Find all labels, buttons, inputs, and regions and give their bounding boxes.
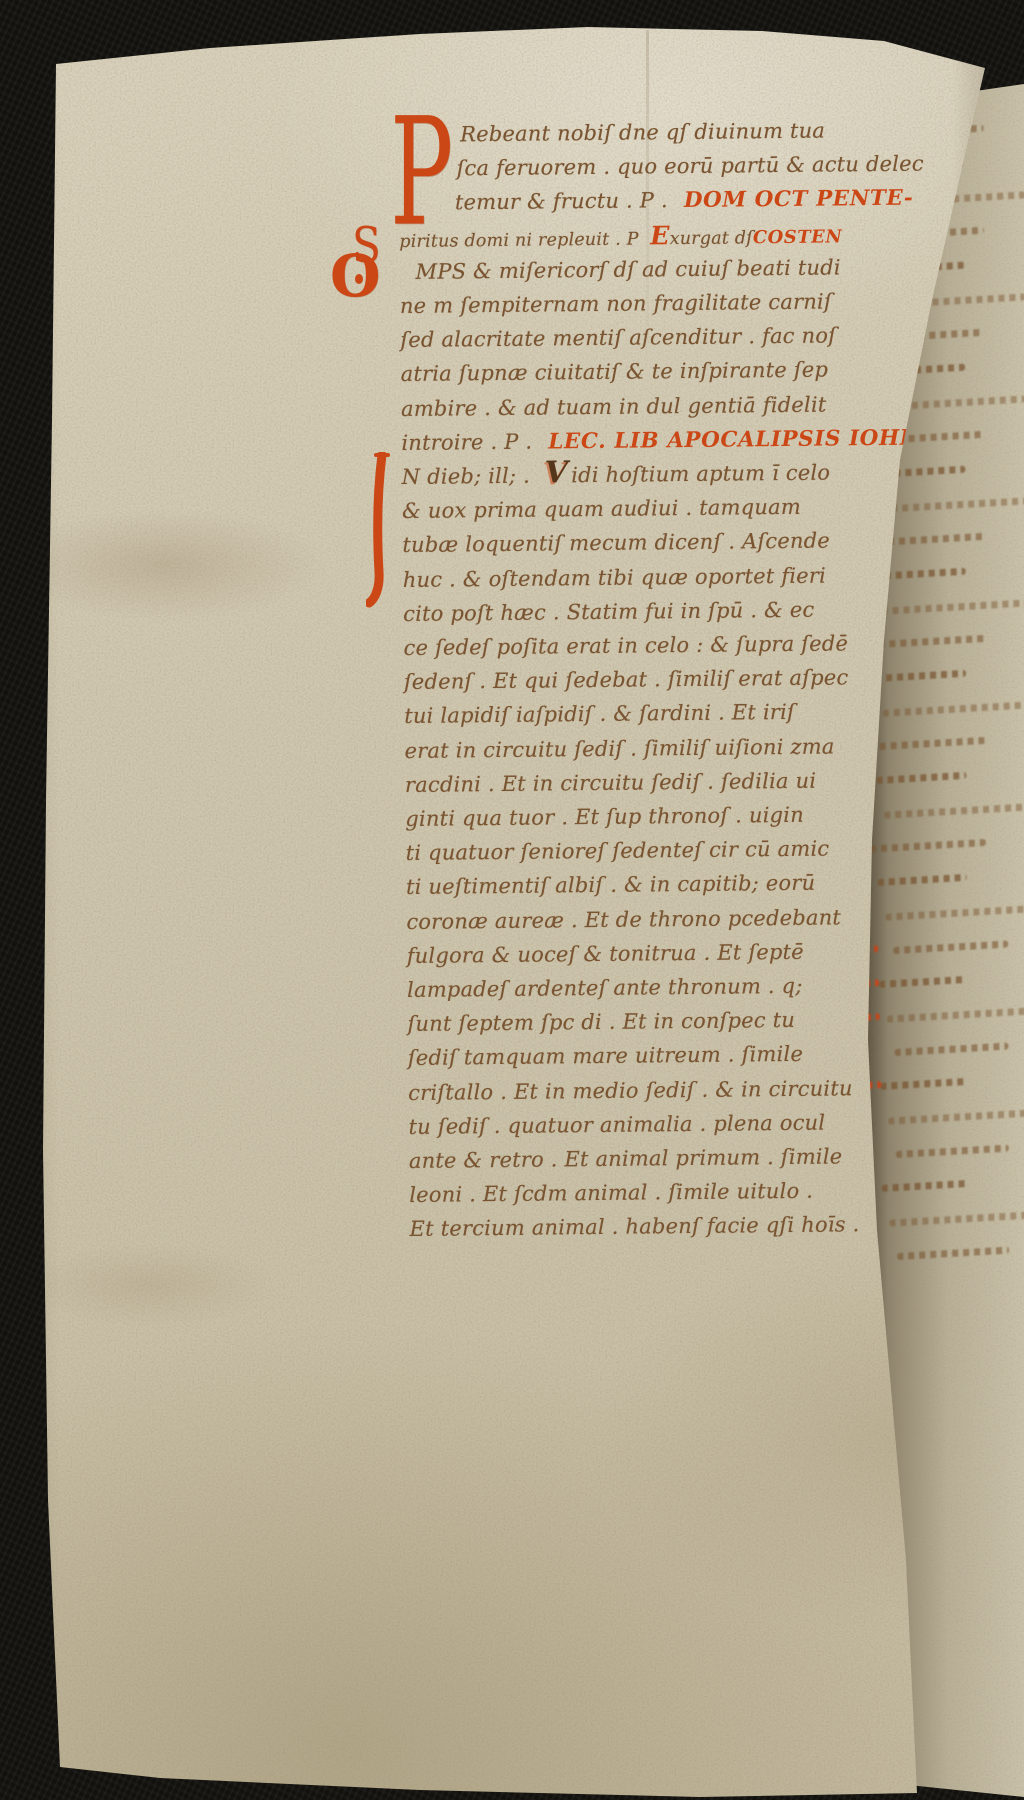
latin-text: ſunt ſeptem ſpc di . Et in conſpec tu [407, 1005, 795, 1039]
blurred-text-line [897, 1247, 1009, 1260]
latin-text: MPS & miſericorſ dſ ad cuiuſ beati tudi [415, 252, 840, 286]
latin-text: huc . & oſtendam tibi quæ oportet fieri [403, 560, 826, 594]
drop-cap-p: P [390, 116, 453, 232]
text-line: piritus domi ni repleuit . P Exurgat dſC… [399, 218, 842, 257]
drop-cap-i [366, 452, 394, 612]
latin-text: ti ueſtimentiſ albiſ . & in capitib; eor… [406, 868, 816, 902]
text-line: leoni . Et ſcdm animal . ſimile uitulo . [409, 1176, 813, 1214]
text-line: cito poſt hæc . Statim fui in ſpū . & ec [403, 594, 815, 632]
latin-text: ſca feruorem . quo eorū partū & actu del… [456, 149, 924, 184]
blurred-text-line [879, 976, 967, 988]
text-line: ambire . & ad tuam in dul gentiā fidelit [401, 389, 827, 427]
text-line: temur & fructu . P . DOM OCT PENTE- [399, 183, 914, 222]
blurred-text-line [880, 1078, 967, 1090]
text-line: erat in circuitu ſediſ . ſimiliſ uiſioni… [404, 731, 834, 770]
text-line: ſediſ tamquam mare uitreum . ſimile [408, 1039, 804, 1077]
text-line: ſca feruorem . quo eorū partū & actu del… [398, 149, 924, 188]
blurred-text-line [896, 1145, 1009, 1159]
latin-text: atria ſupnæ ciuitatiſ & te inſpirante ſe… [401, 355, 829, 389]
latin-text: ti quatuor ſenioreſ ſedenteſ cir cū amic [406, 834, 830, 868]
blurred-text-line [875, 670, 966, 682]
blurred-text-line [887, 1008, 1024, 1023]
latin-text: fulgora & uoceſ & tonitrua . Et ſeptē [407, 937, 804, 971]
text-line: ſedenſ . Et qui ſedebat . ſimiliſ erat a… [404, 663, 849, 702]
text-line: lampadeſ ardenteſ ante thronum . q; [407, 971, 803, 1009]
latin-text: N dieb; ill; . [402, 460, 544, 491]
blurred-text-line [880, 497, 1024, 512]
latin-text: ante & retro . Et animal primum . ſimile [409, 1141, 843, 1176]
latin-text: ginti qua tuor . Et ſup thronoſ . uigin [405, 800, 804, 834]
text-line: Et tercium animal . habenſ facie qſi hoī… [409, 1210, 859, 1249]
latin-text: coronæ aureæ . Et de throno pcedebant [406, 902, 841, 937]
text-line: fulgora & uoceſ & tonitrua . Et ſeptē [407, 937, 804, 975]
latin-text: tubæ loquentiſ mecum dicenſ . Aſcende [402, 526, 830, 560]
text-line: tui lapidiſ iaſpidiſ . & ſardini . Et ir… [404, 697, 795, 735]
latin-text: ce ſedeſ poſita erat in celo : & ſupra ſ… [403, 628, 848, 663]
blurred-text-line [869, 737, 986, 751]
text-line: tubæ loquentiſ mecum dicenſ . Aſcende [402, 526, 830, 564]
latin-text: ambire . & ad tuam in dul gentiā fidelit [401, 389, 827, 423]
latin-text: introire . P . [401, 426, 532, 457]
blurred-text-line [895, 1043, 1009, 1057]
drop-cap-i-glyph [366, 452, 394, 608]
rubric-text: DOM OCT PENTE- [668, 184, 914, 217]
text-line: tu ſediſ . quatuor animalia . plena ocul [408, 1107, 825, 1145]
latin-text: lampadeſ ardenteſ ante thronum . q; [407, 971, 803, 1005]
latin-text: Et tercium animal . habenſ facie qſi hoī… [409, 1210, 859, 1245]
latin-text: Rebeant nobiſ dne qſ diuinum tua [460, 116, 825, 150]
latin-text: & uox prima quam audiui . tamquam [402, 492, 801, 526]
text-line: huc . & oſtendam tibi quæ oportet fieri [403, 560, 826, 598]
text-line: ante & retro . Et animal primum . ſimile [409, 1141, 843, 1180]
text-line: ſed alacritate mentiſ aſcenditur . fac n… [400, 321, 836, 360]
text-line: racdini . Et in circuitu ſediſ . ſedilia… [405, 765, 817, 803]
latin-text: ne m ſempiternam non fragilitate carniſ [400, 286, 832, 321]
rubric-text: COSTEN [753, 222, 843, 253]
manuscript-text: Rebeant nobiſ dne qſ diuinum tuaſca feru… [398, 115, 880, 1300]
text-line: ce ſedeſ poſita erat in celo : & ſupra ſ… [403, 628, 848, 667]
blurred-text-line [889, 1212, 1024, 1227]
text-line: coronæ aureæ . Et de throno pcedebant [406, 902, 841, 941]
text-line: N dieb; ill; . Vidi hoſtium aptum ī celo [402, 457, 831, 495]
blurred-text-line [888, 1110, 1024, 1125]
blurred-text-line [882, 1180, 968, 1192]
blurred-text-line [885, 906, 1024, 921]
blurred-text-line [870, 839, 986, 853]
blurred-text-line [893, 940, 1008, 954]
latin-text: ſed alacritate mentiſ aſcenditur . fac n… [400, 321, 836, 356]
latin-text: tui lapidiſ iaſpidiſ . & ſardini . Et ir… [404, 697, 795, 731]
latin-text: temur & fructu . P . [455, 186, 668, 218]
drop-cap-o-dot [355, 274, 363, 284]
latin-text: racdini . Et in circuitu ſediſ . ſedilia… [405, 765, 817, 799]
text-line: & uox prima quam audiui . tamquam [402, 492, 801, 530]
text-line: ti ueſtimentiſ albiſ . & in capitib; eor… [406, 868, 816, 906]
blurred-text-line [882, 599, 1024, 614]
text-line: ſunt ſeptem ſpc di . Et in conſpec tu [407, 1005, 795, 1043]
blurred-text-line [876, 772, 966, 784]
manuscript-page: P S O Rebeant nobiſ dne qſ diuinum tuaſc… [0, 0, 1024, 1800]
blurred-text-line [878, 874, 967, 886]
latin-text: leoni . Et ſcdm animal . ſimile uitulo . [409, 1176, 813, 1210]
latin-text: xurgat dſ [670, 223, 754, 254]
text-line: ginti qua tuor . Et ſup thronoſ . uigin [405, 800, 804, 838]
latin-text: criſtallo . Et in medio ſediſ . & in cir… [408, 1073, 853, 1108]
text-line: Rebeant nobiſ dne qſ diuinum tua [398, 116, 825, 154]
rubric-text: E [650, 220, 670, 250]
latin-text: cito poſt hæc . Statim fui in ſpū . & ec [403, 594, 815, 628]
latin-text: ſedenſ . Et qui ſedebat . ſimiliſ erat a… [404, 663, 849, 698]
latin-text: ſediſ tamquam mare uitreum . ſimile [408, 1039, 803, 1073]
latin-text: idi hoſtium aptum ī celo [571, 457, 830, 490]
drop-cap-o: O [330, 250, 381, 302]
rubric-text: V [545, 463, 569, 483]
rubric-text: LEC. LIB APOCALIPSIS IOHIS. [532, 423, 934, 457]
text-line: ne m ſempiternam non fragilitate carniſ [400, 286, 832, 325]
latin-text: tu ſediſ . quatuor animalia . plena ocul [408, 1107, 825, 1141]
text-line: criſtallo . Et in medio ſediſ . & in cir… [408, 1073, 853, 1112]
blurred-text-line [883, 701, 1024, 716]
latin-text: erat in circuitu ſediſ . ſimiliſ uiſioni… [404, 731, 834, 766]
blurred-text-line [884, 804, 1024, 819]
text-line: ti quatuor ſenioreſ ſedenteſ cir cū amic [406, 834, 830, 872]
blurred-text-line [867, 635, 985, 649]
text-line: atria ſupnæ ciuitatiſ & te inſpirante ſe… [401, 355, 829, 393]
text-line: MPS & miſericorſ dſ ad cuiuſ beati tudi [399, 252, 841, 291]
text-line: introire . P . LEC. LIB APOCALIPSIS IOHI… [401, 422, 934, 462]
